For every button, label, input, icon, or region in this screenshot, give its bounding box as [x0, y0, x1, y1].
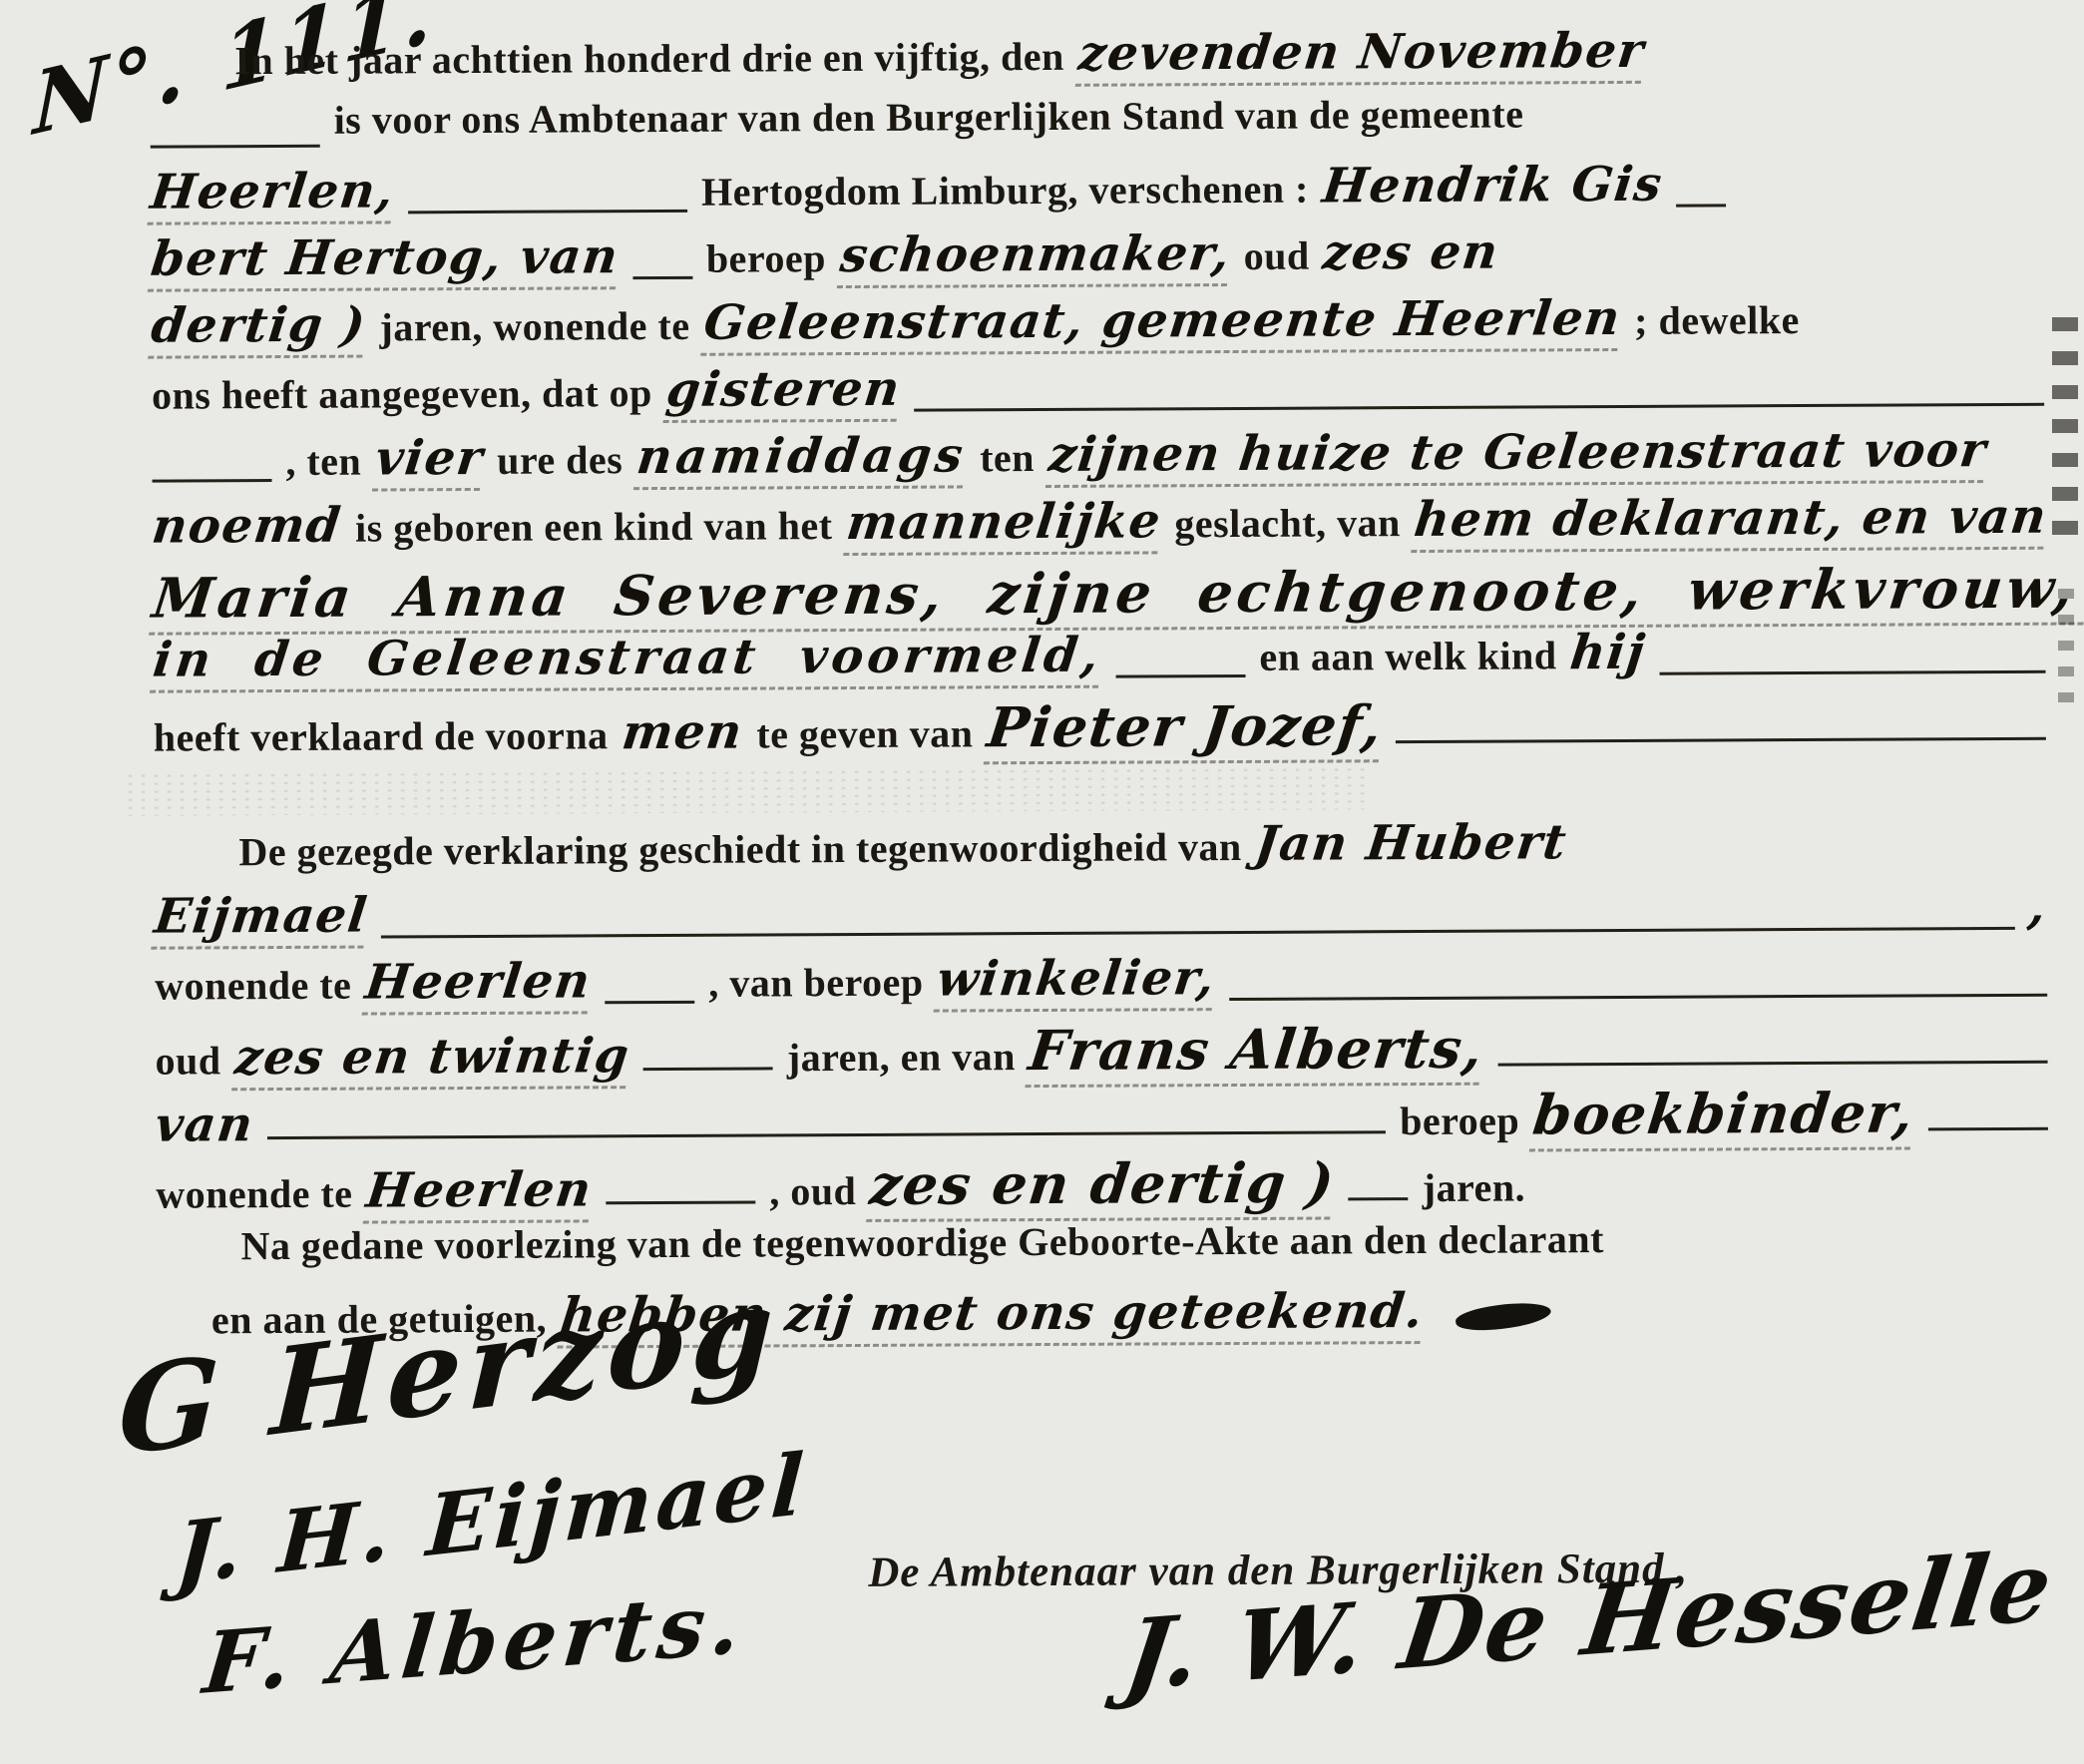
handwritten-entry: Heerlen [363, 1161, 596, 1223]
blank-rule [643, 1067, 773, 1071]
blank-rule [151, 145, 320, 149]
blank-rule [605, 1001, 694, 1004]
act-line-13: Eijmael , [5, 879, 2084, 957]
handwritten-entry: in de Geleenstraat voormeld, [150, 628, 1105, 693]
blank-rule [632, 276, 692, 279]
handwritten-entry: Pieter Jozef, [983, 692, 1386, 764]
blank-rule [1349, 1197, 1409, 1200]
printed-text: , van beroep [708, 959, 924, 1007]
handwritten-entry: gisteren [662, 361, 903, 423]
printed-text: beroep [706, 234, 826, 282]
blank-rule [1396, 737, 2046, 743]
blank-rule [267, 1130, 1386, 1139]
handwritten-entry: men [619, 704, 745, 761]
act-line-17: wonende te Heerlen , oud zes en dertig )… [6, 1146, 2084, 1224]
handwritten-entry: namiddags [633, 427, 970, 490]
act-line-9: Maria Anna Severens, zijne echtgenoote, … [3, 556, 2084, 634]
printed-text: en aan welk kind [1259, 632, 1556, 680]
ink-blot [1455, 1298, 1552, 1334]
act-line-6: ons heeft aangegeven, dat op gisteren [2, 355, 2084, 433]
act-line-18: Na gedane voorlezing van de tegenwoordig… [6, 1213, 2084, 1291]
printed-text: jaren. [1423, 1163, 1526, 1211]
handwritten-entry: Eijmael [151, 888, 371, 950]
act-line-14: wonende te Heerlen , van beroep winkelie… [5, 946, 2084, 1024]
printed-text: Hertogdom Limburg, verschenen : [701, 166, 1309, 216]
act-line-2: is voor ons Ambtenaar van den Burgerlijk… [1, 88, 2084, 166]
act-line-5: dertig ) jaren, wonende te Geleenstraat,… [2, 288, 2084, 366]
blank-rule [1928, 1127, 2048, 1131]
handwritten-entry: dertig ) [148, 297, 369, 359]
act-line-12: De gezegde verklaring geschiedt in tegen… [4, 812, 2084, 890]
printed-text: Na gedane voorlezing van de tegenwoordig… [240, 1215, 1604, 1269]
blank-rule [914, 403, 2044, 412]
blank-rule [1229, 994, 2047, 1001]
printed-text: ; dewelke [1634, 296, 1800, 344]
handwritten-entry: noemd [149, 498, 344, 555]
printed-text: oud [155, 1037, 220, 1084]
blank-rule [1497, 1061, 2047, 1067]
printed-text: In het jaar achttien honderd drie en vij… [234, 33, 1064, 84]
handwritten-entry: mannelijke [843, 493, 1164, 556]
scan-smudge [124, 765, 1371, 816]
blank-rule [381, 927, 2014, 939]
handwritten-entry: zijnen huize te Geleenstraat voor [1044, 422, 1989, 488]
printed-text: wonende te [156, 1170, 352, 1218]
blank-rule [606, 1201, 755, 1205]
act-line-4: bert Hertog, van beroep schoenmaker, oud… [1, 221, 2084, 299]
printed-text: is voor ons Ambtenaar van den Burgerlijk… [333, 90, 1523, 143]
printed-text: De gezegde verklaring geschiedt in tegen… [238, 823, 1241, 875]
handwritten-entry: Maria Anna Severens, zijne echtgenoote, … [149, 554, 2084, 636]
printed-text: geslacht, van [1174, 499, 1401, 547]
printed-text: ure des [497, 436, 623, 484]
signature-block: G Herzog J. H. Eijmael F. Alberts. De Am… [7, 1347, 2084, 1757]
act-body: In het jaar achttien honderd drie en vij… [0, 0, 2084, 1357]
handwritten-entry: Frans Alberts, [1026, 1016, 1488, 1088]
act-line-8: noemd is geboren een kind van het mannel… [3, 489, 2084, 567]
act-line-11: heeft verklaard de voorna men te geven v… [4, 689, 2084, 767]
printed-text: ten [980, 434, 1035, 481]
handwritten-entry: winkelier, [934, 950, 1219, 1012]
printed-text: jaren, wonende te [379, 302, 689, 351]
act-line-16: van beroep boekbinder, [6, 1080, 2084, 1157]
handwritten-entry: hij [1567, 625, 1649, 680]
printed-text: , oud [769, 1167, 856, 1214]
printed-text: oud [1244, 232, 1310, 279]
handwritten-entry: zes en twintig [231, 1028, 632, 1091]
handwritten-entry: schoenmaker, [836, 225, 1233, 288]
printed-text: ons heeft aangegeven, dat op [152, 369, 652, 419]
birth-certificate-scan: N°. 111. In het jaar achttien honderd dr… [0, 0, 2084, 1764]
act-line-7: , ten vier ure des namiddags ten zijnen … [2, 422, 2084, 500]
blank-rule [1116, 674, 1246, 678]
printed-text: heeft verklaard de voorna [154, 711, 609, 760]
handwritten-entry: Heerlen [362, 953, 595, 1015]
handwritten-entry: Hendrik Gis [1320, 157, 1666, 215]
printed-text: wonende te [155, 962, 351, 1010]
handwritten-entry: Jan Hubert [1252, 814, 1570, 872]
act-line-10: in de Geleenstraat voormeld, en aan welk… [3, 623, 2084, 700]
hyphen-dash [1677, 204, 1727, 207]
handwritten-entry: Heerlen, [147, 163, 397, 224]
handwritten-entry: , [2025, 879, 2050, 935]
handwritten-entry: zes en dertig ) [866, 1149, 1339, 1221]
blank-rule [408, 210, 687, 214]
act-line-1: In het jaar achttien honderd drie en vij… [0, 21, 2084, 99]
printed-text: jaren, en van [787, 1033, 1016, 1081]
blank-rule [1660, 670, 2046, 675]
handwritten-entry: zes en [1320, 224, 1502, 281]
printed-text: beroep [1400, 1098, 1519, 1145]
handwritten-entry: zevenden November [1074, 23, 1647, 87]
handwritten-entry: vier [372, 430, 487, 492]
handwritten-entry: boekbinder, [1529, 1080, 1918, 1151]
blank-rule [153, 479, 272, 483]
handwritten-entry: Geleenstraat, gemeente Heerlen [700, 290, 1624, 356]
handwritten-entry: bert Hertog, van [148, 228, 623, 291]
act-line-3: Heerlen, Hertogdom Limburg, verschenen :… [1, 155, 2084, 232]
printed-text: te geven van [756, 709, 973, 757]
printed-text: , ten [285, 438, 361, 485]
signature-witness-alberts: F. Alberts. [200, 1572, 751, 1713]
printed-text: is geboren een kind van het [355, 502, 833, 552]
handwritten-entry: hem deklarant, en van [1411, 489, 2050, 553]
handwritten-entry: van [153, 1097, 257, 1153]
act-line-15: oud zes en twintig jaren, en van Frans A… [5, 1013, 2084, 1091]
